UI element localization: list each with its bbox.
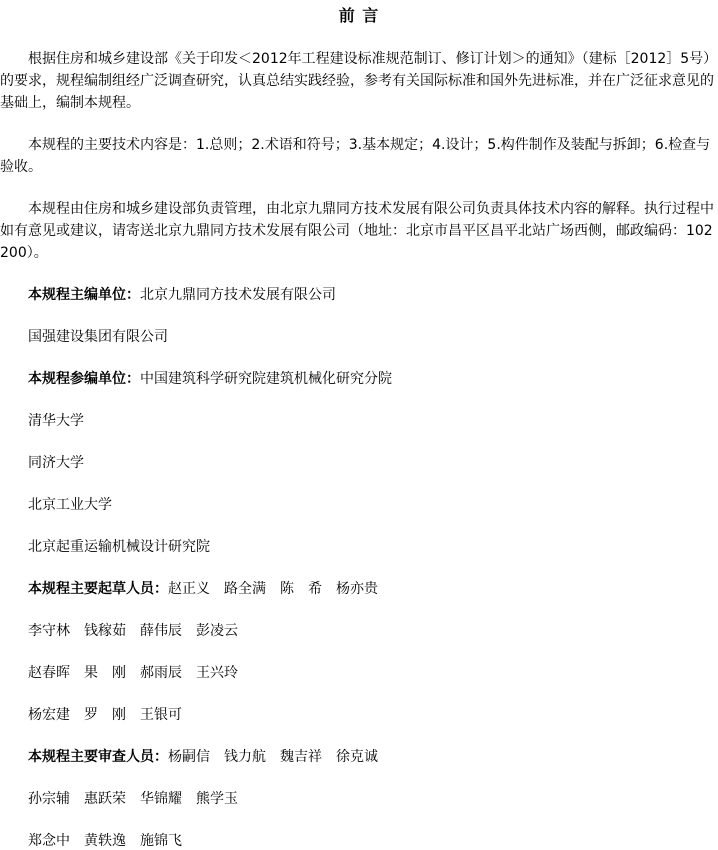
- paragraph-text: 本规程由住房和城乡建设部负责管理，由北京九鼎同方技术发展有限公司负责具体技术内容…: [0, 201, 714, 261]
- paragraph-label: 本规程参编单位：: [28, 371, 140, 387]
- paragraph-text: 北京起重运输机械设计研究院: [28, 539, 210, 555]
- paragraph-text: 根据住房和城乡建设部《关于印发＜2012年工程建设标准规范制订、修订计划＞的通知…: [0, 51, 717, 111]
- participating-org-line-1: 本规程参编单位：中国建筑科学研究院建筑机械化研究分院: [0, 368, 718, 390]
- participating-org-line-4: 北京工业大学: [0, 494, 718, 516]
- reviewers-line-3: 郑念中 黄轶逸 施锦飞: [0, 830, 718, 850]
- drafters-line-1: 本规程主要起草人员：赵正义 路全满 陈 希 杨亦贵: [0, 578, 718, 600]
- paragraph-label: 本规程主要起草人员：: [28, 581, 168, 597]
- paragraph-label: 本规程主要审查人员：: [28, 749, 168, 765]
- paragraph-label: 本规程主编单位：: [28, 287, 140, 303]
- document-page: 前 言 根据住房和城乡建设部《关于印发＜2012年工程建设标准规范制订、修订计划…: [0, 4, 718, 850]
- para-technical-contents: 本规程的主要技术内容是：1.总则；2.术语和符号；3.基本规定；4.设计；5.构…: [0, 134, 718, 178]
- participating-org-line-2: 清华大学: [0, 410, 718, 432]
- paragraph-text: 北京工业大学: [28, 497, 112, 513]
- paragraph-text: 郑念中 黄轶逸 施锦飞: [28, 833, 182, 849]
- page-title: 前 言: [0, 4, 718, 28]
- participating-org-line-3: 同济大学: [0, 452, 718, 474]
- drafters-line-3: 赵春晖 果 刚 郝雨辰 王兴玲: [0, 662, 718, 684]
- document-body: 根据住房和城乡建设部《关于印发＜2012年工程建设标准规范制订、修订计划＞的通知…: [0, 48, 718, 850]
- reviewers-line-1: 本规程主要审查人员：杨嗣信 钱力航 魏吉祥 徐克诚: [0, 746, 718, 768]
- paragraph-text: 同济大学: [28, 455, 84, 471]
- drafters-line-4: 杨宏建 罗 刚 王银可: [0, 704, 718, 726]
- paragraph-text: 赵正义 路全满 陈 希 杨亦贵: [168, 581, 378, 597]
- reviewers-line-2: 孙宗辅 惠跃荣 华锦耀 熊学玉: [0, 788, 718, 810]
- paragraph-text: 清华大学: [28, 413, 84, 429]
- chief-editing-org-line-1: 本规程主编单位：北京九鼎同方技术发展有限公司: [0, 284, 718, 306]
- para-management: 本规程由住房和城乡建设部负责管理，由北京九鼎同方技术发展有限公司负责具体技术内容…: [0, 198, 718, 264]
- paragraph-text: 李守林 钱稼茹 薛伟辰 彭凌云: [28, 623, 238, 639]
- paragraph-text: 孙宗辅 惠跃荣 华锦耀 熊学玉: [28, 791, 238, 807]
- paragraph-text: 杨嗣信 钱力航 魏吉祥 徐克诚: [168, 749, 378, 765]
- paragraph-text: 杨宏建 罗 刚 王银可: [28, 707, 182, 723]
- para-basis: 根据住房和城乡建设部《关于印发＜2012年工程建设标准规范制订、修订计划＞的通知…: [0, 48, 718, 114]
- paragraph-text: 国强建设集团有限公司: [28, 329, 168, 345]
- paragraph-text: 中国建筑科学研究院建筑机械化研究分院: [140, 371, 392, 387]
- paragraph-text: 本规程的主要技术内容是：1.总则；2.术语和符号；3.基本规定；4.设计；5.构…: [0, 137, 710, 175]
- paragraph-text: 赵春晖 果 刚 郝雨辰 王兴玲: [28, 665, 238, 681]
- chief-editing-org-line-2: 国强建设集团有限公司: [0, 326, 718, 348]
- paragraph-text: 北京九鼎同方技术发展有限公司: [140, 287, 336, 303]
- participating-org-line-5: 北京起重运输机械设计研究院: [0, 536, 718, 558]
- drafters-line-2: 李守林 钱稼茹 薛伟辰 彭凌云: [0, 620, 718, 642]
